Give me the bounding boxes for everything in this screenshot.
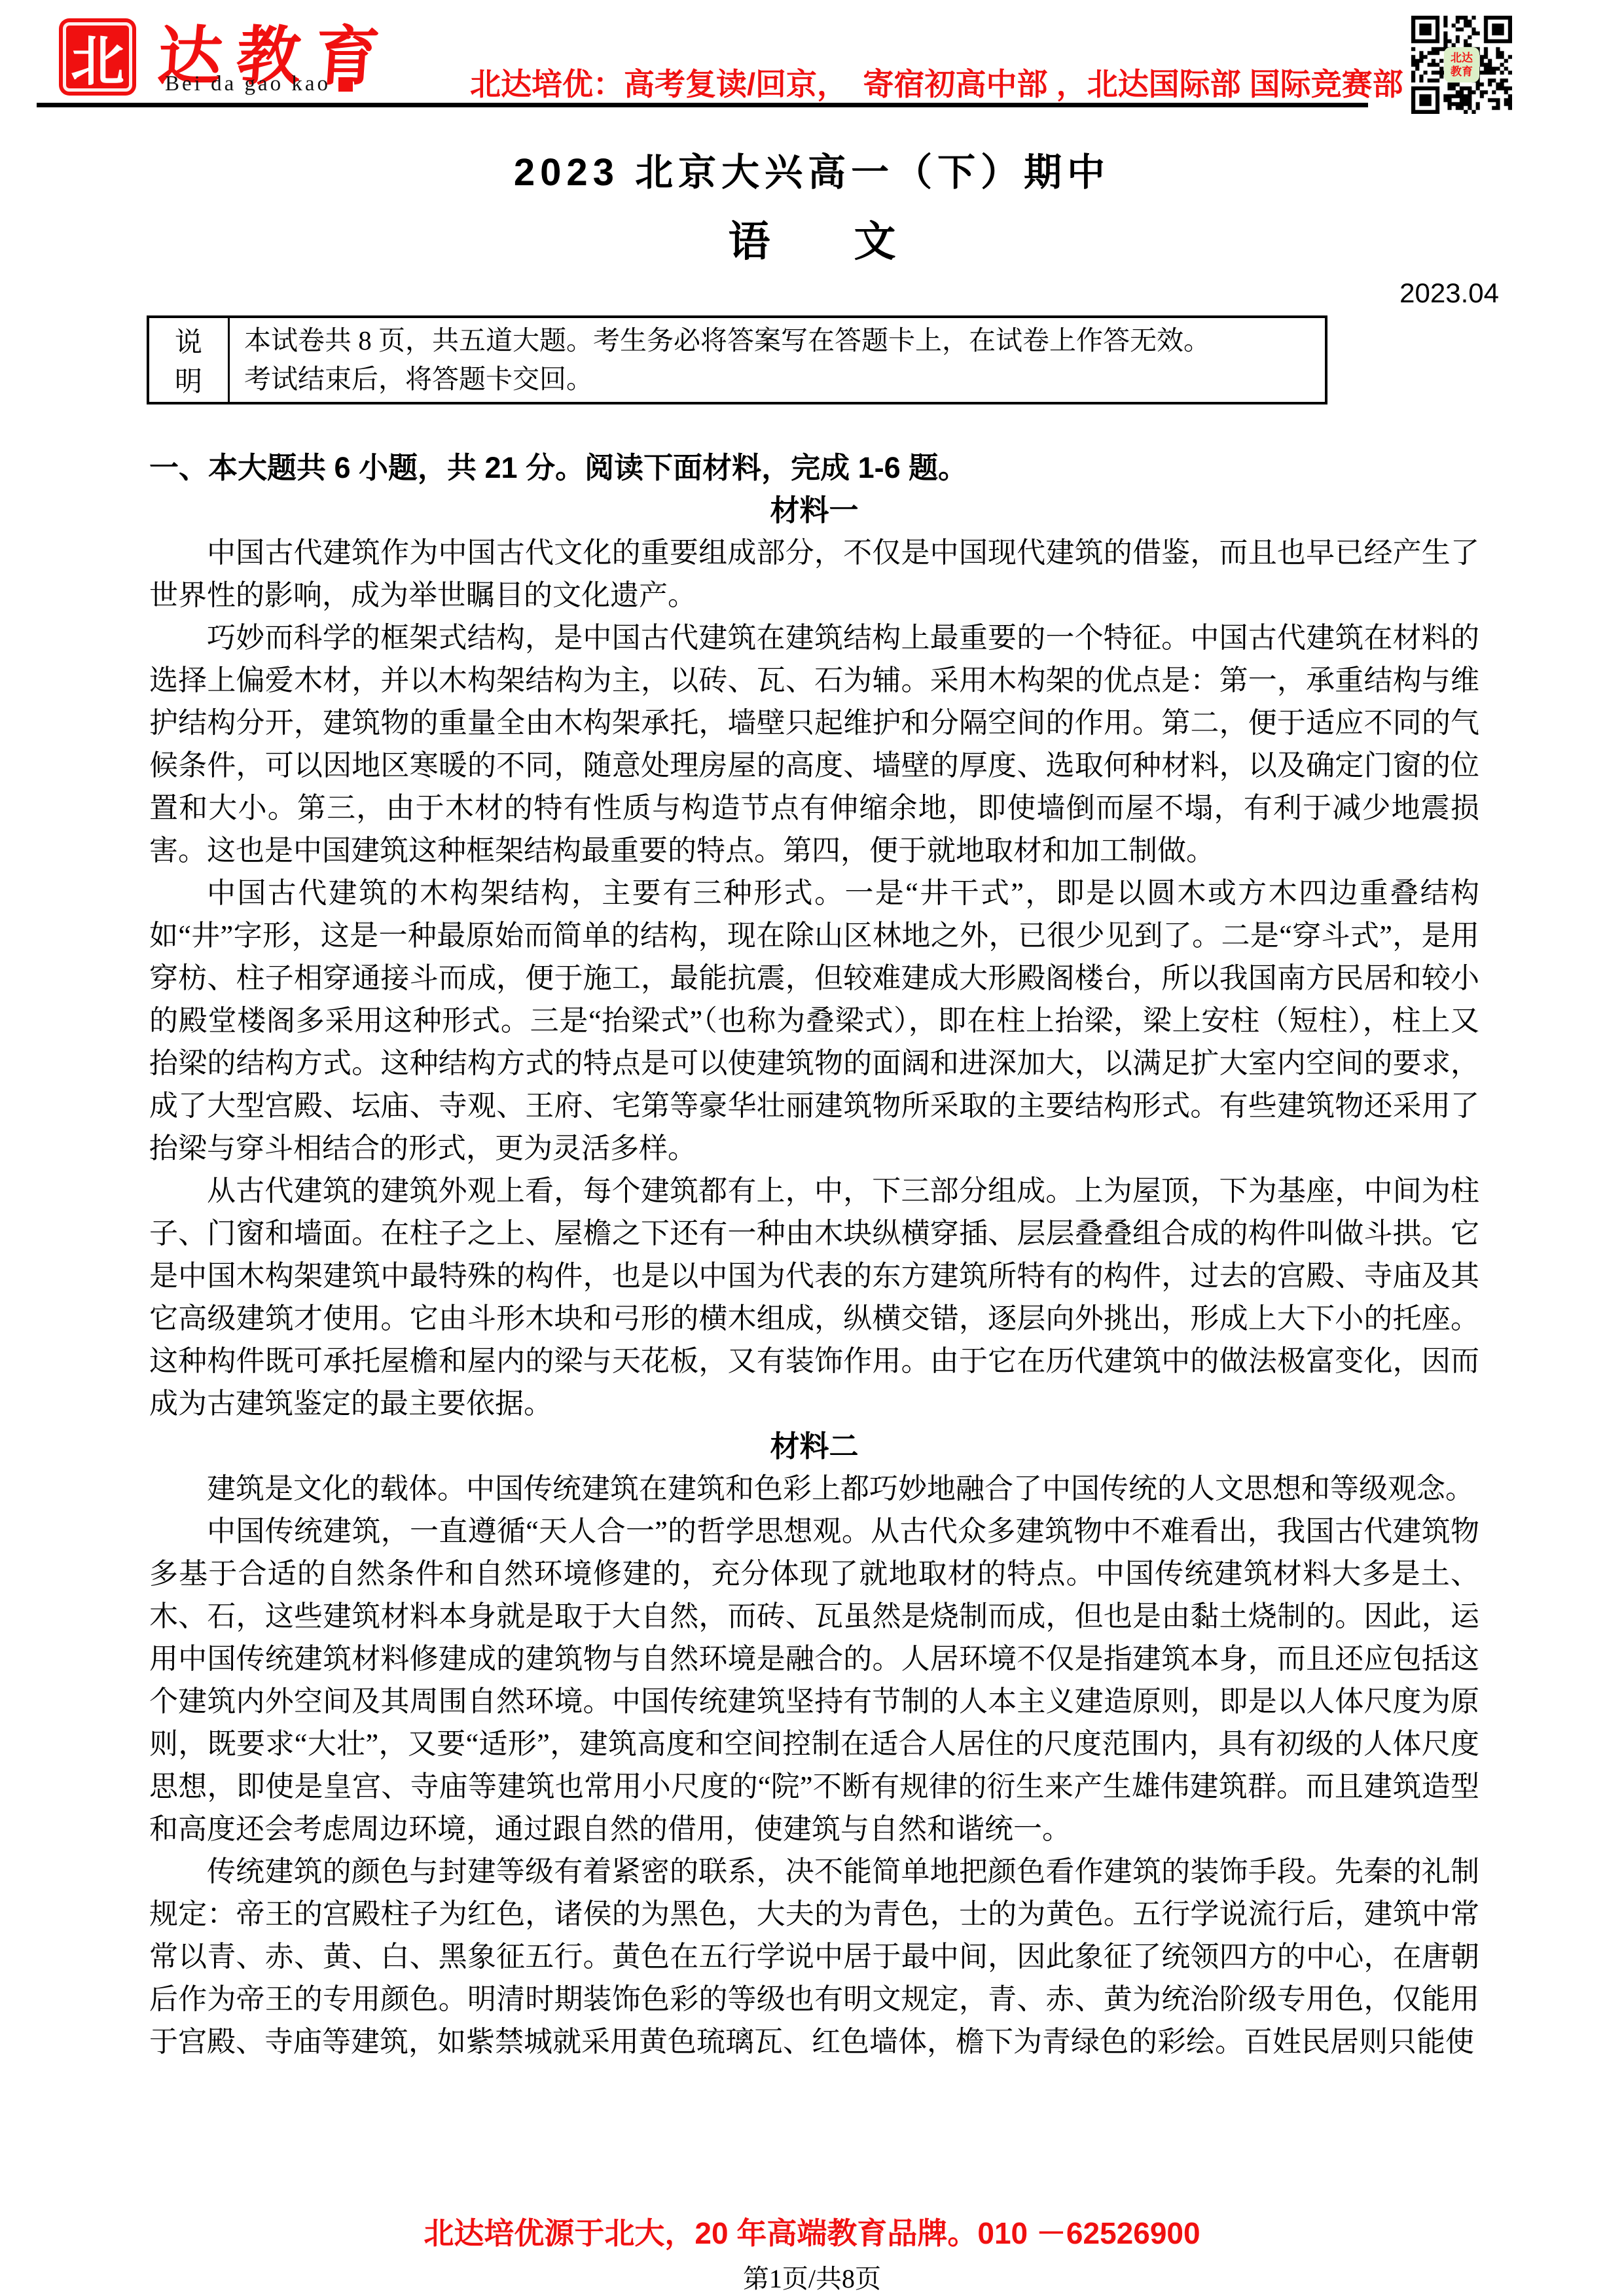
notice-line-1: 本试卷共 8 页，共五道大题。考生务必将答案写在答题卡上，在试卷上作答无效。	[244, 321, 1310, 360]
brand-seal-char: 北	[71, 19, 124, 96]
material-1-paragraph-3: 中国古代建筑的木构架结构，主要有三种形式。一是“井干式”，即是以圆木或方木四边重…	[149, 872, 1479, 1170]
page-indicator: 第1页/共8页	[0, 2258, 1624, 2295]
footer-promo: 北达培优源于北大，20 年高端教育品牌。010 －62526900	[0, 2210, 1624, 2253]
notice-label-char-2: 明	[175, 360, 202, 399]
header-divider	[37, 103, 1368, 107]
material-1-paragraph-1: 中国古代建筑作为中国古代文化的重要组成部分，不仅是中国现代建筑的借鉴，而且也早已…	[149, 531, 1479, 617]
notice-body: 本试卷共 8 页，共五道大题。考生务必将答案写在答题卡上，在试卷上作答无效。 考…	[230, 318, 1325, 402]
red-square-icon	[338, 77, 353, 92]
header-slogan: 北达培优：高考复读/回京， 寄宿初高中部 ，北达国际部 国际竞赛部	[470, 60, 1403, 104]
brand-seal-icon: 北	[59, 18, 136, 96]
brand-tagline-text: Bei da gao kao	[165, 72, 331, 96]
exam-subject: 语 文	[0, 208, 1624, 268]
qr-center-badge: 北达 教育	[1444, 47, 1479, 82]
notice-label-char-1: 说	[175, 321, 202, 360]
qr-code: 北达 教育	[1411, 16, 1512, 114]
notice-box: 说 明 本试卷共 8 页，共五道大题。考生务必将答案写在答题卡上，在试卷上作答无…	[147, 315, 1327, 404]
material-2-paragraph-3: 传统建筑的颜色与封建等级有着紧密的联系，决不能简单地把颜色看作建筑的装饰手段。先…	[149, 1850, 1479, 2063]
material-2-paragraph-2: 中国传统建筑，一直遵循“天人合一”的哲学思想观。从古代众多建筑物中不难看出，我国…	[149, 1510, 1479, 1850]
exam-body: 一、本大题共 6 小题，共 21 分。阅读下面材料，完成 1-6 题。 材料一 …	[149, 446, 1479, 2063]
exam-paper-page: 北 达教育 Bei da gao kao 北达培优：高考复读/回京， 寄宿初高中…	[0, 0, 1624, 2296]
qr-badge-line2: 教育	[1451, 65, 1473, 79]
exam-title: 2023 北京大兴高一（下）期中	[0, 141, 1624, 196]
brand-tagline: Bei da gao kao	[165, 72, 353, 96]
notice-line-2: 考试结束后，将答题卡交回。	[244, 360, 1310, 399]
material-1-heading: 材料一	[149, 489, 1479, 531]
material-2-paragraph-1: 建筑是文化的载体。中国传统建筑在建筑和色彩上都巧妙地融合了中国传统的人文思想和等…	[149, 1467, 1479, 1510]
notice-label: 说 明	[149, 318, 230, 402]
material-1-paragraph-4: 从古代建筑的建筑外观上看，每个建筑都有上，中，下三部分组成。上为屋顶，下为基座，…	[149, 1170, 1479, 1425]
material-1-paragraph-2: 巧妙而科学的框架式结构，是中国古代建筑在建筑结构上最重要的一个特征。中国古代建筑…	[149, 617, 1479, 872]
qr-badge-line1: 北达	[1451, 51, 1473, 65]
section-heading: 一、本大题共 6 小题，共 21 分。阅读下面材料，完成 1-6 题。	[149, 446, 1479, 489]
material-2-heading: 材料二	[149, 1425, 1479, 1467]
brand-seal-inner: 北	[63, 22, 132, 92]
exam-date: 2023.04	[1399, 278, 1499, 309]
